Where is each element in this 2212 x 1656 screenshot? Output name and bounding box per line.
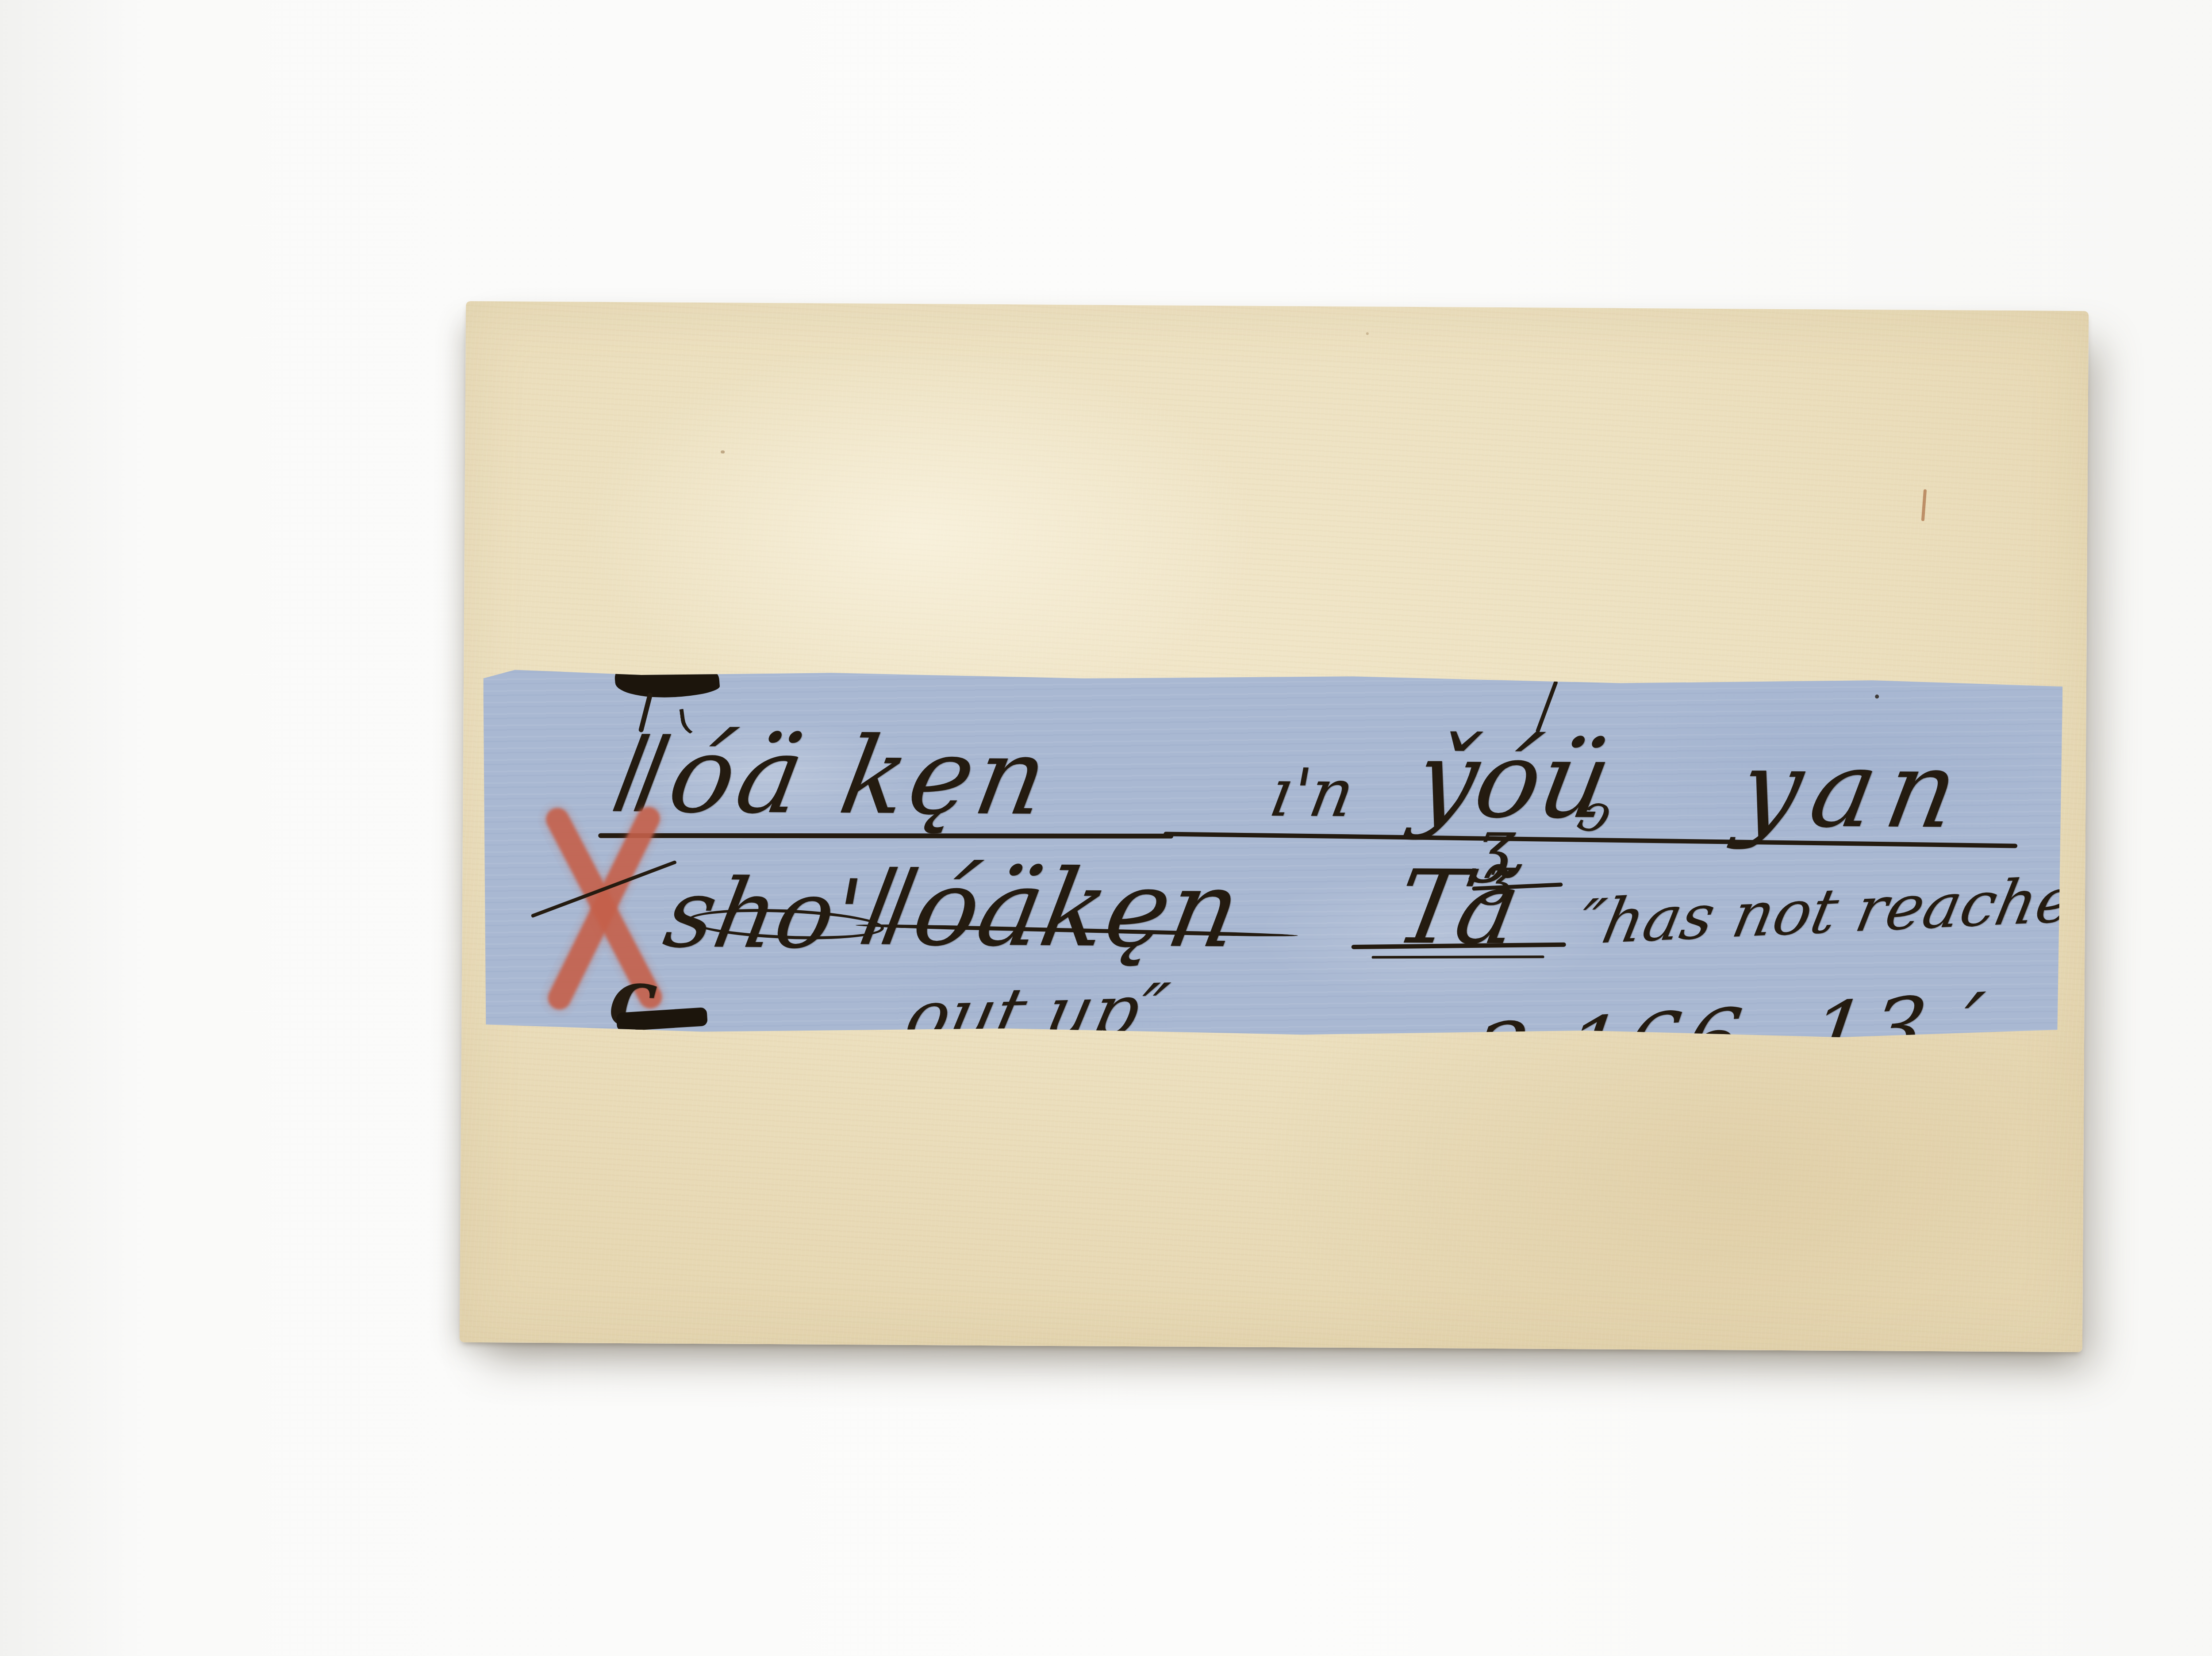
slip-ink-dot [1875,694,1879,698]
gloss-start: ″has not reaches [1573,863,2113,959]
entry-word-line2: ǁóäkęn [852,846,1250,972]
photograph-of-archival-slip: ǁóä kęn ı'n y̌óü ʒ ɔ yan sho' ǁóäkęn Tã … [0,0,2212,1656]
blue-paper-slip: ǁóä kęn ı'n y̌óü ʒ ɔ yan sho' ǁóäkęn Tã … [481,667,2063,1041]
card-speck [721,450,725,453]
card-speck [1366,332,1369,335]
card-fiber-mark [1921,489,1927,521]
underline-entry-word [598,833,1173,839]
underline-ta-2 [1372,955,1544,958]
entry-word-line1: ǁóä kęn [604,713,1060,839]
particle-in: ı'n [1264,755,1360,832]
word-yan: yan [1730,727,1978,852]
